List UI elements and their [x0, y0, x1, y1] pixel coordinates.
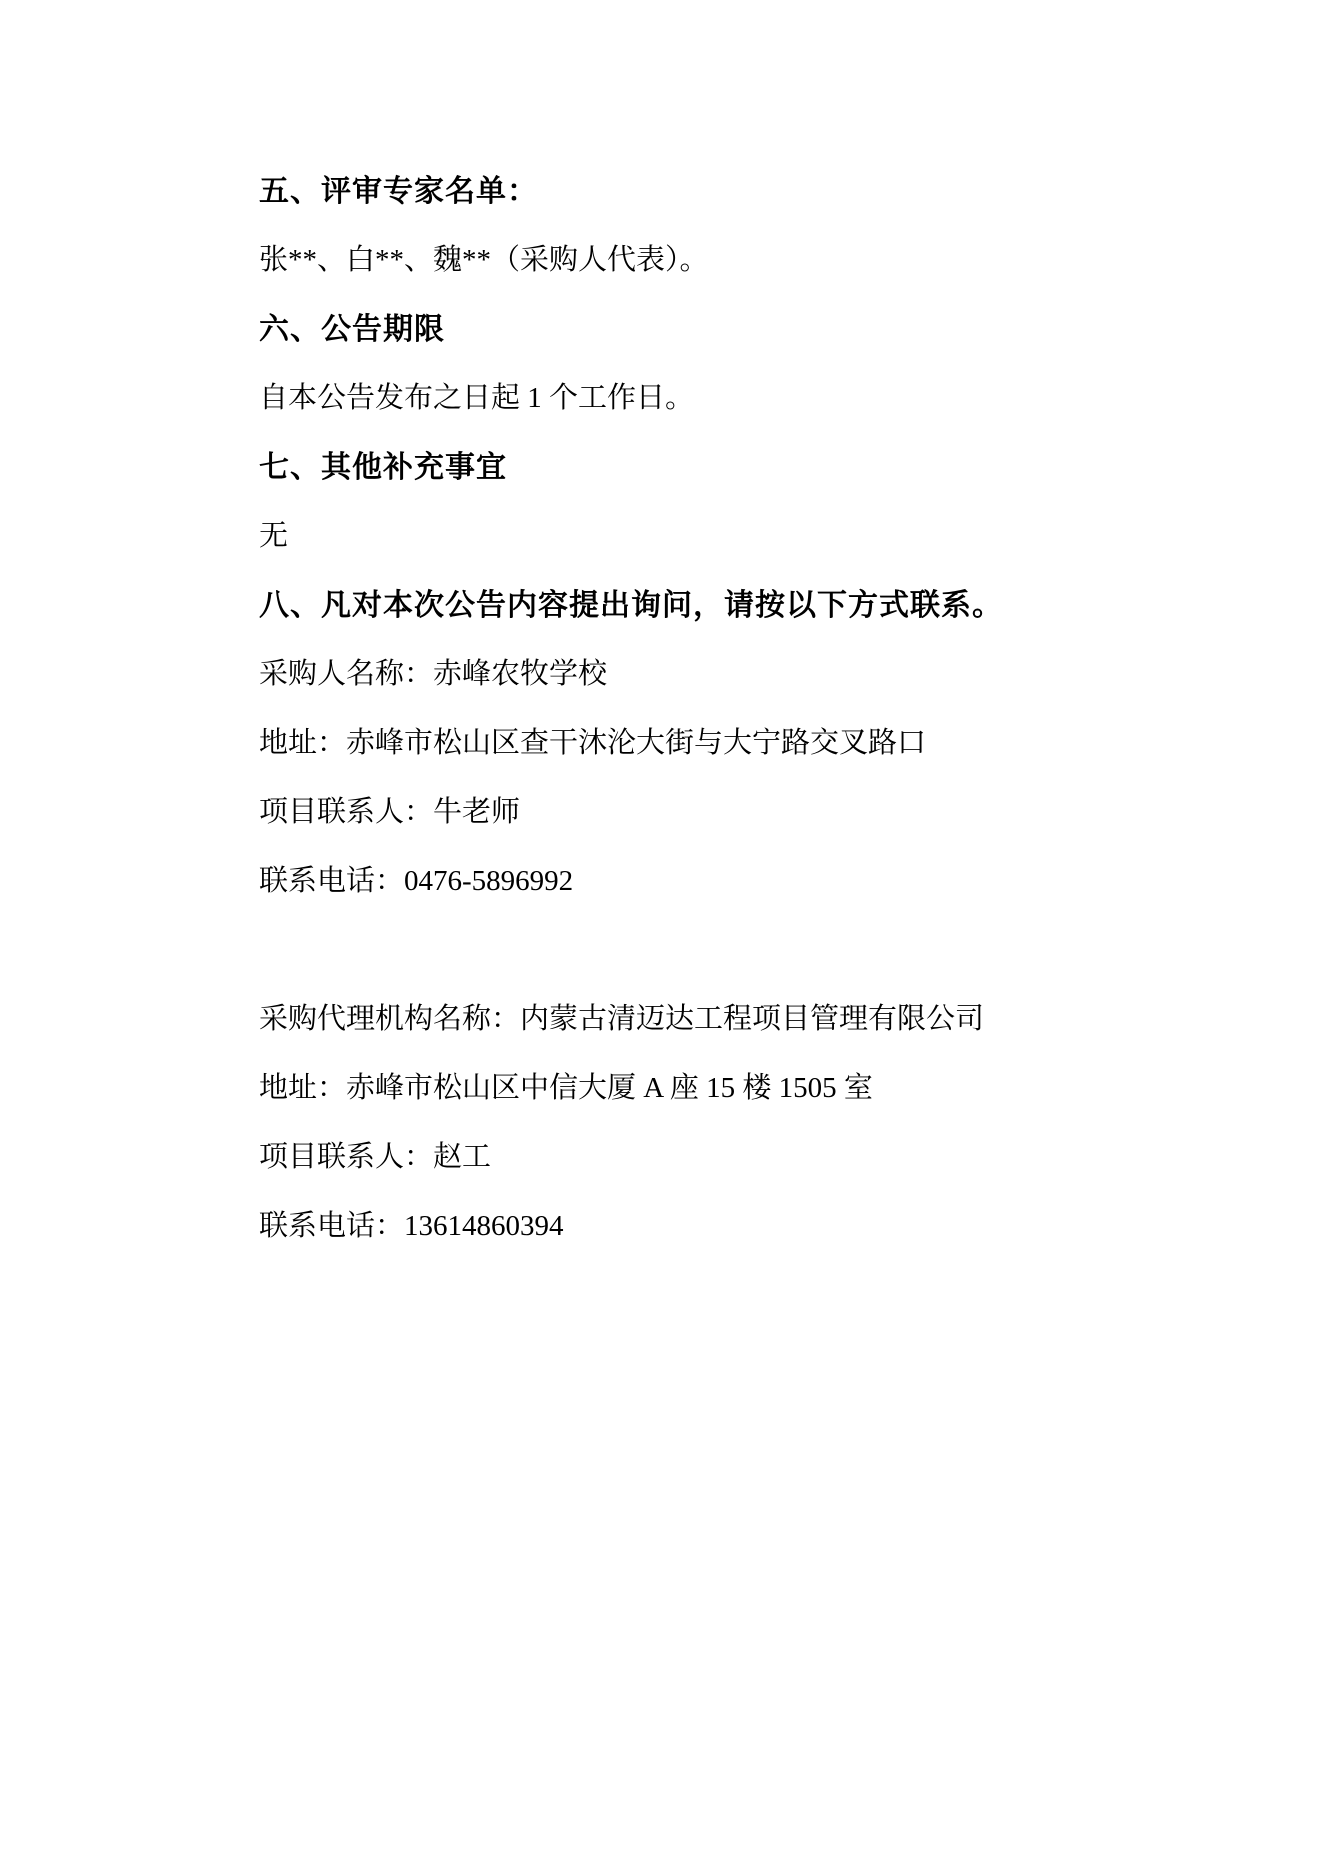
paragraph-expert-names: 张**、白**、魏**（采购人代表）。	[259, 226, 1283, 295]
section-heading-experts: 五、评审专家名单：	[259, 157, 1283, 226]
document-page: 五、评审专家名单： 张**、白**、魏**（采购人代表）。 六、公告期限 自本公…	[0, 0, 1323, 1871]
paragraph-notice-period: 自本公告发布之日起 1 个工作日。	[259, 364, 1283, 433]
paragraph-supplementary-none: 无	[259, 502, 1283, 571]
paragraph-purchaser-phone: 联系电话：0476-5896992	[259, 847, 1283, 916]
paragraph-purchaser-name: 采购人名称：赤峰农牧学校	[259, 640, 1283, 709]
paragraph-agency-phone: 联系电话：13614860394	[259, 1192, 1283, 1261]
blank-line	[259, 916, 1283, 985]
paragraph-agency-name: 采购代理机构名称：内蒙古清迈达工程项目管理有限公司	[259, 985, 1283, 1054]
section-heading-notice-period: 六、公告期限	[259, 295, 1283, 364]
paragraph-agency-contact: 项目联系人：赵工	[259, 1123, 1283, 1192]
section-heading-supplementary: 七、其他补充事宜	[259, 433, 1283, 502]
section-heading-contact: 八、凡对本次公告内容提出询问，请按以下方式联系。	[259, 571, 1283, 640]
paragraph-purchaser-contact: 项目联系人：牛老师	[259, 778, 1283, 847]
paragraph-agency-address: 地址：赤峰市松山区中信大厦 A 座 15 楼 1505 室	[259, 1054, 1283, 1123]
paragraph-purchaser-address: 地址：赤峰市松山区查干沐沦大街与大宁路交叉路口	[259, 709, 1283, 778]
